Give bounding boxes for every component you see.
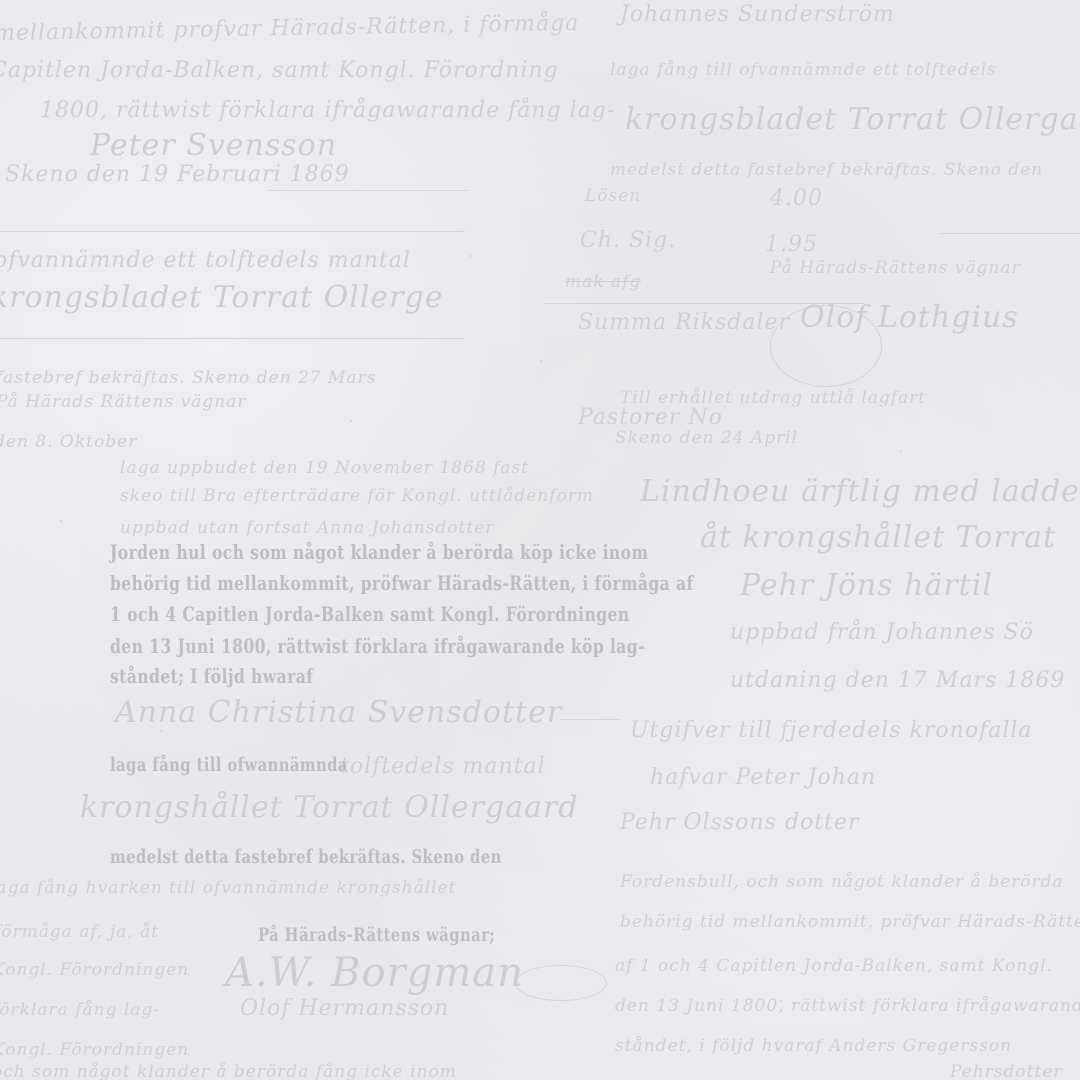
script-line: uppbad från Johannes Sö (730, 620, 1034, 645)
script-line: Pehrsdotter (950, 1062, 1063, 1080)
script-line: 4.00 (770, 186, 823, 211)
script-line: Johannes Sunderström (620, 2, 895, 27)
script-line: Lösen (585, 186, 641, 206)
paper-speck (900, 450, 902, 452)
script-line: Ch. Sig. (580, 228, 676, 253)
script-line: Utgifver till fjerdedels kronofalla (630, 718, 1033, 743)
script-line: laga fång hvarken till ofvannämnde krong… (0, 878, 457, 898)
printed-line: behörig tid mellankommit, pröfwar Härads… (110, 571, 694, 595)
script-line: Peter Svensson (90, 128, 337, 163)
seal-oval (515, 965, 607, 1001)
script-line: Kongl. Förordningen (0, 960, 189, 980)
signature: A.W. Borgman (225, 950, 524, 996)
script-line: Olof Hermansson (240, 996, 449, 1021)
script-line: Lindhoeu ärftlig med ladde (640, 474, 1080, 509)
script-line: laga fång till ofvannämnde ett tolftedel… (610, 60, 997, 80)
divider-line (0, 231, 465, 232)
paper-background: mellankommit profvar Härads-Rätten, i fö… (0, 0, 1080, 1080)
paper-speck (160, 730, 162, 732)
paper-speck (540, 360, 542, 362)
script-line: uppbad utan fortsat Anna Johansdotter (120, 518, 494, 538)
script-line: Pastorer No (578, 405, 723, 430)
divider-line (0, 338, 465, 339)
script-line: Fordensbull, och som något klander å ber… (620, 872, 1064, 892)
script-line: den 13 Juni 1800, rättwist förklara ifrå… (615, 996, 1080, 1016)
script-line: Summa Riksdaler (578, 310, 790, 335)
script-line: hafvar Peter Johan (650, 765, 876, 790)
printed-line: 1 och 4 Capitlen Jorda-Balken samt Kongl… (110, 602, 630, 626)
script-line: mak afg (565, 272, 641, 292)
script-line: ofvannämnde ett tolftedels mantal (0, 248, 411, 273)
script-line: af 1 och 4 Capitlen Jorda-Balken, samt K… (615, 956, 1053, 976)
script-line: Olof Lothgius (800, 300, 1019, 335)
script-line: Pehr Olssons dotter (620, 810, 859, 835)
printed-line: den 13 Juni 1800, rättwist förklara ifrå… (110, 634, 645, 658)
script-line: åt krongshållet Torrat (700, 520, 1056, 555)
divider-line (560, 719, 620, 720)
printed-line: Jorden hul och som något klander å berör… (110, 540, 648, 564)
script-line: den 8. Oktober (0, 432, 137, 452)
paper-speck (60, 520, 62, 522)
script-line: mellankommit profvar Härads-Rätten, i fö… (0, 11, 580, 46)
script-line: förmåga af, ja, åt (0, 922, 159, 942)
script-line: krongsbladet Torrat Ollergaard (625, 102, 1080, 137)
paper-speck (350, 420, 352, 422)
script-line: På Härads Rättens vägnar (0, 392, 246, 412)
script-line: och som något klander å berörda fång ick… (0, 1062, 457, 1080)
script-line: 1.95 (765, 232, 818, 257)
printed-line: På Härads-Rättens wägnar; (258, 924, 495, 946)
printed-line: medelst detta fastebref bekräftas. Skeno… (110, 846, 502, 868)
script-line: utdaning den 17 Mars 1869 (730, 668, 1065, 693)
paper-speck (470, 255, 472, 257)
script-line: fastebref bekräftas. Skeno den 27 Mars (0, 368, 376, 388)
script-line: laga uppbudet den 19 November 1868 fast (120, 458, 529, 478)
divider-line (940, 233, 1080, 234)
divider-line (268, 190, 468, 191)
script-line: Skeno den 19 Februari 1869 (5, 162, 350, 187)
paper-speck (780, 1000, 782, 1002)
script-line: skeo till Bra efterträdare för Kongl. ut… (120, 486, 594, 506)
script-line: Kongl. Förordningen (0, 1040, 189, 1060)
script-line: behörig tid mellankommit, pröfvar Härads… (620, 912, 1080, 932)
script-line: Skeno den 24 April (615, 428, 798, 448)
paper-speck (1020, 620, 1022, 622)
script-line: ståndet, i följd hvaraf Anders Gregersso… (615, 1036, 1012, 1056)
script-line: 1800, rättwist förklara ifrågawarande få… (40, 98, 615, 123)
script-line: Capitlen Jorda-Balken, samt Kongl. Föror… (0, 58, 559, 83)
printed-line: ståndet; I följd hwaraf (110, 664, 313, 688)
script-line: Pehr Jöns härtil (740, 568, 993, 603)
script-line: Anna Christina Svensdotter (115, 695, 562, 730)
script-line: förklara fång lag- (0, 1000, 160, 1020)
script-line: krongshållet Torrat Ollergaard (80, 790, 579, 825)
script-line: krongsbladet Torrat Ollerge (0, 280, 443, 315)
printed-line: laga fång till ofwannämnda (110, 754, 348, 776)
script-line: medelst detta fastebref bekräftas. Skeno… (610, 160, 1043, 180)
script-line: På Härads-Rättens vägnar (770, 258, 1021, 278)
script-line: tolftedels mantal (340, 754, 546, 779)
